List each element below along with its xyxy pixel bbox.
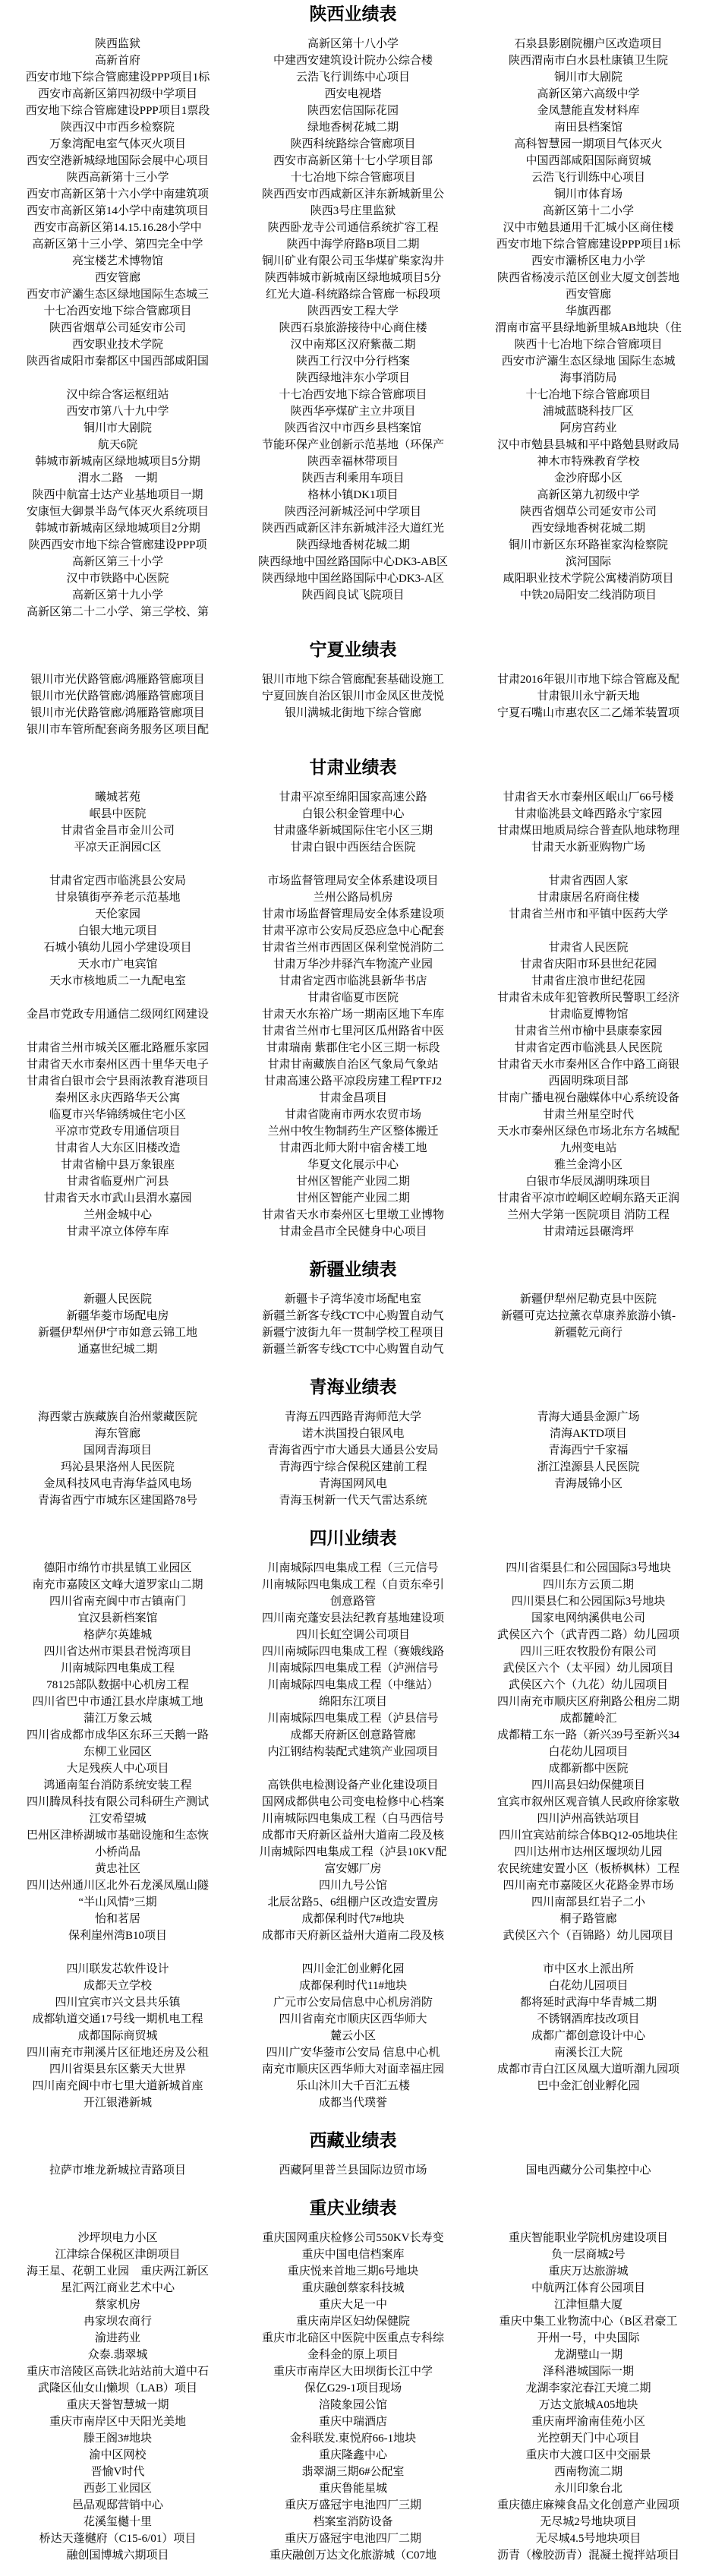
table-row: 金凤科技风电青海华益风电场青海国网风电青海晟锦小区 [0,1476,706,1492]
table-row: 西安市地下综合管廊建设PPP项目1标云浩飞行训练中心项目铜川市大剧院 [0,69,706,86]
section-rows: 新疆人民医院新疆卡子湾华凌市场配电室新疆伊犁州尼勒克县中医院新疆华菱市场配电房新… [0,1291,706,1358]
project-name-cell: 国网成都供电公司变电检修中心档案 [235,1794,471,1810]
project-name-cell: 海事消防局 [471,370,706,387]
project-name-cell: 西南物流二期 [471,2464,706,2480]
table-row: 陕西汉中市西乡检察院绿地香树花城二期南田县档案馆 [0,119,706,136]
project-name-cell: 成都市青白江区凤凰大道听潮九园项 [471,2061,706,2078]
table-row: 四川宜宾市兴文县共乐镇广元市公安局信息中心机房消防都将延时武海中华青城二期 [0,1994,706,2011]
project-name-cell: 石城小镇幼儿园小学建设项目 [0,939,235,956]
table-row: 江津综合保税区津朗项目重庆中国电信档案库负一层商城2号 [0,2246,706,2263]
project-name-cell: 四川高县妇幼保健项目 [471,1777,706,1794]
project-name-cell: 江安希望城 [0,1810,235,1827]
table-row: 陕西监狱高新区第十八小学石泉县影剧院棚户区改造项目 [0,36,706,52]
project-name-cell: 韩城市新城南区绿地城项目5分期 [0,453,235,470]
project-name-cell: 成都当代璞誉 [235,2095,471,2111]
project-name-cell: 铜川市新区东环路崔家沟检察院 [471,537,706,554]
table-row: 陕西绿地沣东小学项目海事消防局 [0,370,706,387]
project-name-cell: 甘州区智能产业园二期 [235,1190,471,1207]
table-row: 拉萨市堆龙新城拉青路项目西藏阿里普兰县国际边贸市场国电西藏分公司集控中心 [0,2162,706,2179]
project-name-cell [0,856,235,873]
project-name-cell: 汉中综合客运枢纽站 [0,387,235,403]
project-name-cell: 四川省成都市成华区东环三天鹅一路 [0,1727,235,1744]
project-name-cell: 四川金汇创业孵化园 [235,1961,471,1978]
project-name-cell: 陕西韩城市新城南区绿地城项目5分 [235,270,471,286]
project-name-cell: 滕王阁3#地块 [0,2430,235,2447]
project-name-cell: 甘肃省兰州市七里河区瓜州路省中医 [235,1023,471,1040]
project-name-cell: 拉萨市堆龙新城拉青路项目 [0,2162,235,2179]
project-name-cell: 桥达天蓬樾府（C15-6/01）项目 [0,2530,235,2547]
project-name-cell: 川南城际四电集成工程（白马西信号 [235,1810,471,1827]
project-name-cell: 宜汉县新档案馆 [0,1610,235,1627]
project-name-cell: 武侯区六个（百锦路）幼儿园项目 [471,1927,706,1944]
project-name-cell: 十七冶西安地下综合管廊项目 [0,303,235,320]
project-name-cell [471,923,706,939]
table-row: 铜川市大剧院陕西省汉中市西乡县档案馆阿房宫药业 [0,420,706,437]
project-name-cell: 成都麓岭汇 [471,1710,706,1727]
section-rows: 银川市光伏路管廊/鸿雁路管廊项目银川市地下综合管廊配套基础设施工甘肃2016年银… [0,671,706,738]
table-row: 曦城茗苑甘肃平凉至绵阳国家高速公路甘肃省天水市秦州区岷山厂66号楼 [0,789,706,806]
project-name-cell: 甘肃瑞南 紫郡住宅小区三期一标段 [235,1040,471,1056]
table-row: 星汇两江商业艺术中心重庆融创蔡家科技城中航两江体育公园项目 [0,2280,706,2297]
project-name-cell: 西安市地下综合管廊建设PPP项目1标 [0,69,235,86]
table-row: 大足残疾人中心项目 成都新都中医院 [0,1760,706,1777]
project-name-cell: 汉中市勉县通用千汇城小区商住楼 [471,219,706,236]
project-name-cell: 西藏阿里普兰县国际边贸市场 [235,2162,471,2179]
table-row: 众泰.翡翠城金科金的原上项目龙湖璧山一期 [0,2347,706,2363]
project-name-cell: 新疆伊犁州尼勒克县中医院 [471,1291,706,1308]
project-name-cell: 渝中区网校 [0,2447,235,2464]
project-name-cell [471,604,706,620]
project-name-cell: 咸阳职业技术学院公寓楼消防项目 [471,570,706,587]
project-name-cell: 高新区第十九小学 [0,587,235,604]
project-name-cell: 新疆兰新客专线CTC中心购置自动气 [235,1341,471,1358]
section: 四川业绩表德阳市绵竹市拱星镇工业园区川南城际四电集成工程（三元信号四川省渠县仁和… [0,1527,706,2111]
project-name-cell: 四川东方云顶二期 [471,1577,706,1593]
project-name-cell: 雅兰金湾小区 [471,1157,706,1173]
project-name-cell: 清海AKTD项目 [471,1425,706,1442]
project-name-cell: 重庆万盛冠宇电池四厂二期 [235,2530,471,2547]
project-name-cell: 新疆伊犁州伊宁市如意云锦工地 [0,1324,235,1341]
project-name-cell: 甘肃康居名府商住楼 [471,889,706,906]
project-name-cell: 龙湖璧山一期 [471,2347,706,2363]
project-name-cell: 无尽城2号地块项目 [471,2514,706,2530]
project-name-cell: 神木市特殊教育学校 [471,453,706,470]
table-row: 秦州区永庆西路华天公寓甘肃金昌项目甘南广播电视台融媒体中心系统设备 [0,1090,706,1106]
table-row: 成都国际商贸城麓云小区成都广都创意设计中心 [0,2028,706,2044]
project-name-cell: 重庆隆鑫中心 [235,2447,471,2464]
table-row: 国网青海项目青海省西宁市大通县大通县公安局青海西宁千家福 [0,1442,706,1459]
table-row: 重庆市涪陵区高铁北站站前大道中石重庆市南岸区大田坝街长江中学泽科港城国际一期 [0,2363,706,2380]
project-name-cell: 保亿G29-1项目现场 [235,2380,471,2397]
project-name-cell: 重庆鲁能星城 [235,2480,471,2497]
table-row: 甘肃省天水市秦州区西十里华天电子甘肃甘南藏族自治区气象局气象站甘肃省天水市秦州区… [0,1056,706,1073]
table-row: 安康恒大御景半岛气体灭火系统项目陕西泾河新城泾河中学项目陕西省烟草公司延安市公司 [0,504,706,520]
project-name-cell: 北辰岔路5、6组棚户区改造安置房 [235,1894,471,1911]
project-name-cell: 通嘉世纪城二期 [0,1341,235,1358]
project-name-cell: 都将延时武海中华青城二期 [471,1994,706,2011]
project-name-cell: 重庆市北碚区中医院中医重点专科综 [235,2330,471,2347]
project-name-cell: 广元市公安局信息中心机房消防 [235,1994,471,2011]
table-row [0,1944,706,1961]
project-name-cell: 高新区第十二小学 [471,203,706,219]
project-name-cell: 阿房宫药业 [471,420,706,437]
project-name-cell: 市中区水上派出所 [471,1961,706,1978]
project-name-cell: 西安地下综合管廊建设PPP项目1票段 [0,103,235,119]
project-name-cell: 西安市高新区第十六小学中南建筑项 [0,186,235,203]
project-name-cell: 新疆人民医院 [0,1291,235,1308]
project-name-cell: 成都保利时代7#地块 [235,1911,471,1927]
project-name-cell: 武隆区仙女山懒坝（LAB）项目 [0,2380,235,2397]
table-row: 武隆区仙女山懒坝（LAB）项目保亿G29-1项目现场龙湖李家沱春江天境二期 [0,2380,706,2397]
project-name-cell: 开江银港新城 [0,2095,235,2111]
project-name-cell: 白银大地元项目 [0,923,235,939]
project-name-cell: 高新区第十八小学 [235,36,471,52]
project-name-cell: 档案室消防设备 [235,2514,471,2530]
table-row: 海西蒙古族藏族自治州蒙藏医院青海五四西路青海师范大学青海大通县金源广场 [0,1409,706,1425]
project-name-cell: 甘肃银川永宁新天地 [471,688,706,705]
table-row: 融创国博城六期项目重庆融创万达文化旅游城（C07地沥青（橡胶沥青）混凝土搅拌站项… [0,2547,706,2564]
project-name-cell: 航天6院 [0,437,235,453]
project-name-cell: 四川省南充阆中市古镇南门 [0,1593,235,1610]
project-name-cell: 四川省巴中市通江县水岸康城工地 [0,1694,235,1710]
project-name-cell: 甘肃平凉至绵阳国家高速公路 [235,789,471,806]
project-name-cell: 陕西泾河新城泾河中学项目 [235,504,471,520]
project-name-cell: 四川三旺农牧股份有限公司 [471,1643,706,1660]
project-name-cell: 甘肃靖远县碾湾坪 [471,1223,706,1240]
project-name-cell: 四川南充蓬安县法纪教育基地建设项 [235,1610,471,1627]
table-row: 兰州金城中心甘肃省天水市秦州区七里墩工业博物兰州大学第一医院项目 消防工程 [0,1207,706,1223]
project-name-cell: 新疆可克达拉薰衣草康养旅游小镇- [471,1308,706,1324]
table-row: 平凉天正润园C区甘肃白银中西医结合医院甘肃天水新亚购物广场 [0,839,706,856]
project-name-cell: 玛沁县果洛州人民医院 [0,1459,235,1476]
project-name-cell: 成都轨道交通17号线一期机电工程 [0,2011,235,2028]
table-row: 西安管廊陕西韩城市新城南区绿地城项目5分陕西省杨凌示范区创业大厦文创荟地 [0,270,706,286]
project-name-cell: 西安市高新区第14.15.16.28小学中 [0,219,235,236]
table-row: 四川省达州市渠县君悦湾项目四川南城际四电集成工程（赛娥线路四川三旺农牧股份有限公… [0,1643,706,1660]
table-row: 通嘉世纪城二期新疆兰新客专线CTC中心购置自动气 [0,1341,706,1358]
project-name-cell: 甘肃兰州星空时代 [471,1106,706,1123]
project-name-cell: 四川南充阆中市七里大道新城首座 [0,2078,235,2095]
table-row: 西安市高新区第十六小学中南建筑项陕西西安市西咸新区沣东新城新里公铜川市体育场 [0,186,706,203]
project-name-cell: 甘肃省兰州市和平镇中医药大学 [471,906,706,923]
project-name-cell: 四川省达州市渠县君悦湾项目 [0,1643,235,1660]
table-row: 渝中区网校重庆隆鑫中心重庆市大渡口区中交丽景 [0,2447,706,2464]
project-name-cell: 甘肃省天水市武山县渭水嘉园 [0,1190,235,1207]
table-row: 高新区第二十二小学、第三学校、第 [0,604,706,620]
project-name-cell: 平凉市党政专用通信项目 [0,1123,235,1140]
project-name-cell: 陕西绿地沣东小学项目 [235,370,471,387]
project-name-cell: 九州变电站 [471,1140,706,1157]
table-row: 甘肃省定西市临洮县公安局市场监督管理局安全体系建设项目甘肃省西固人家 [0,873,706,889]
project-name-cell: 沥青（橡胶沥青）混凝土搅拌站项目 [471,2547,706,2564]
project-name-cell: 十七冶地下综合管廊项目 [471,387,706,403]
project-name-cell: 甘肃省定西市临洮县人民医院 [471,1040,706,1056]
project-name-cell: 桐子路管廊 [471,1911,706,1927]
project-name-cell: 怡和茗居 [0,1911,235,1927]
project-name-cell: 平凉天正润园C区 [0,839,235,856]
project-name-cell: 高新区第九初级中学 [471,487,706,504]
project-name-cell: 国电西藏分公司集控中心 [471,2162,706,2179]
project-name-cell: 成都广都创意设计中心 [471,2028,706,2044]
project-name-cell: 无尽城4.5号地块项目 [471,2530,706,2547]
project-name-cell [0,1023,235,1040]
section-title: 陕西业绩表 [0,3,706,26]
table-row: 高新区第十三小学、第四完全中学陕西中海学府路B项目二期西安市地下综合管廊建设PP… [0,236,706,253]
project-name-cell [0,990,235,1006]
project-name-cell [0,1944,235,1961]
project-name-cell: 西安市地下综合管廊建设PPP项目1标 [471,236,706,253]
project-name-cell: 甘肃省白银市会宁县雨浓教育港项目 [0,1073,235,1090]
project-name-cell: 甘肃高速公路平凉段房建工程PTFJ2 [235,1073,471,1090]
project-name-cell: 陕西省咸阳市秦都区中国西部咸阳国 [0,353,235,370]
project-name-cell: 十七冶地下综合管廊项目 [235,169,471,186]
project-name-cell: 四川达州市达州区堰坝幼儿园 [471,1844,706,1861]
project-name-cell: 西安电视塔 [235,86,471,103]
project-name-cell: 川南城际四电集成工程（中继站） [235,1677,471,1694]
project-name-cell: 甘肃省人民医院 [471,939,706,956]
project-name-cell [471,721,706,738]
section-title: 四川业绩表 [0,1527,706,1550]
table-row: 重庆天誉智慧城一期涪陵象园公馆万达文旅城A05地块 [0,2397,706,2413]
table-row: 沙坪坝电力小区重庆国网重庆检修公司550KV长寿变重庆智能职业学院机房建设项目 [0,2230,706,2246]
project-name-cell: 大足残疾人中心项目 [0,1760,235,1777]
project-name-cell: 甘肃省天水市秦州区岷山厂66号楼 [471,789,706,806]
project-name-cell: 陕西吉利乘用车项目 [235,470,471,487]
project-name-cell: 德阳市绵竹市拱星镇工业园区 [0,1560,235,1577]
project-name-cell: 甘肃省庆阳市环县世纪花园 [471,956,706,973]
table-row: 甘肃省天水市武山县渭水嘉园甘州区智能产业园二期甘肃省平凉市崆峒区崆峒东路天正润 [0,1190,706,1207]
project-name-cell: 西安市高新区第14小学中南建筑项目 [0,203,235,219]
project-name-cell: 成都精工东一路（新兴39号至新兴34 [471,1727,706,1744]
project-name-cell: 甘肃省庄浪市世纪花园 [471,973,706,990]
table-row: 甘肃省人大东区旧楼改造甘肃西北师大附中宿舍楼工地九州变电站 [0,1140,706,1157]
table-row: 蔡家机房重庆大足一中江津恒鼎大厦 [0,2297,706,2313]
table-row: 陕西中航富士达产业基地项目一期格林小镇DK1项目高新区第九初级中学 [0,487,706,504]
project-name-cell [235,721,471,738]
table-row: 渭水二路 一期陕西吉利乘用车项目金沙府邸小区 [0,470,706,487]
project-name-cell: 重庆大足一中 [235,2297,471,2313]
section-title: 新疆业绩表 [0,1258,706,1281]
project-name-cell: 银川市车管所配套商务服务区项目配 [0,721,235,738]
project-name-cell: 甘肃省金昌市金川公司 [0,822,235,839]
project-name-cell: 陕西省汉中市西乡县档案馆 [235,420,471,437]
project-name-cell: 华夏文化展示中心 [235,1157,471,1173]
project-name-cell: 汉中市铁路中心医院 [0,570,235,587]
table-row: 滕王阁3#地块金科联发.東悦府66-1地块光控朝天门中心项目 [0,2430,706,2447]
project-name-cell: 四川联发芯软件设计 [0,1961,235,1978]
project-name-cell: 冉家坝农商行 [0,2313,235,2330]
project-name-cell: 十七冶西安地下综合管廊项目 [235,387,471,403]
table-row: 川南城际四电集成工程川南城际四电集成工程（泸洲信号武侯区六个（太平园）幼儿园项目 [0,1660,706,1677]
project-name-cell: 滨河国际 [471,554,706,570]
project-name-cell: 红光大道-科统路综合管廊一标段项 [235,286,471,303]
project-name-cell [235,1944,471,1961]
project-name-cell: 甘南广播电视台融媒体中心系统设备 [471,1090,706,1106]
project-name-cell: 甘肃省兰州市榆中县康泰家园 [471,1023,706,1040]
table-row: 格萨尔英雄城四川长虹空调公司项目武侯区六个（武青西二路）幼儿园项 [0,1627,706,1643]
project-name-cell: 重庆市大渡口区中交丽景 [471,2447,706,2464]
project-name-cell: 重庆中瑞酒店 [235,2413,471,2430]
project-name-cell: 麓云小区 [235,2028,471,2044]
project-name-cell: 78125部队数据中心机房工程 [0,1677,235,1694]
table-row: 岷县中医院白银公积金管理中心甘肃临洮县文峰西路永宁家园 [0,806,706,822]
project-name-cell: 西安绿地香树花城二期 [471,520,706,537]
project-name-cell: 秦州区永庆西路华天公寓 [0,1090,235,1106]
project-name-cell: 金科金的原上项目 [235,2347,471,2363]
project-name-cell: 四川省渠县东区紫天大世界 [0,2061,235,2078]
project-name-cell: 陕西中海学府路B项目二期 [235,236,471,253]
table-row: 蒲江万象云城川南城际四电集成工程（泸县信号成都麓岭汇 [0,1710,706,1727]
table-row: 重庆市南岸区中天阳光美地重庆中瑞酒店重庆南坪渝南佳苑小区 [0,2413,706,2430]
table-row: 德阳市绵竹市拱星镇工业园区川南城际四电集成工程（三元信号四川省渠县仁和公园国际3… [0,1560,706,1577]
project-name-cell: 泽科港城国际一期 [471,2363,706,2380]
project-name-cell: 银川市地下综合管廊配套基础设施工 [235,671,471,688]
section-title: 宁夏业绩表 [0,639,706,661]
project-name-cell: 四川南充市嘉陵区火花路金界市场 [471,1877,706,1894]
project-name-cell: 陕西宏信国际花园 [235,103,471,119]
project-name-cell: 陕西绿地香树花城二期 [235,537,471,554]
project-name-cell: 西安市浐灞生态区绿地国际生态城三 [0,286,235,303]
project-name-cell: 陕西工行汉中分行档案 [235,353,471,370]
project-name-cell: 陕西中航富士达产业基地项目一期 [0,487,235,504]
table-row: 石城小镇幼儿园小学建设项目甘肃省兰州市西固区保利堂悦消防二甘肃省人民医院 [0,939,706,956]
project-name-cell: 汉中南郑区汉府紫薇二期 [235,336,471,353]
project-name-cell: 青海省西宁市大通县大通县公安局 [235,1442,471,1459]
table-row: 陕西省咸阳市秦都区中国西部咸阳国陕西工行汉中分行档案西安市浐灞生态区绿地 国际生… [0,353,706,370]
project-name-cell: 不锈钢酒库技改项目 [471,2011,706,2028]
project-name-cell: 四川广安华蓥市公安局 信息中心机 [235,2044,471,2061]
project-name-cell: 武侯区六个（九花）幼儿园项目 [471,1677,706,1694]
project-name-cell: 汉中市勉县县城和平中路勉县财政局 [471,437,706,453]
project-name-cell: 蒲江万象云城 [0,1710,235,1727]
project-name-cell: 花溪玺樾十里 [0,2514,235,2530]
table-row: 临夏市兴华锦绣城住宅小区甘肃省陇南市两水农贸市场甘肃兰州星空时代 [0,1106,706,1123]
project-name-cell [235,604,471,620]
project-name-cell: 白花幼儿园项目 [471,1744,706,1760]
project-name-cell: 翡翠湖三期6#公配室 [235,2464,471,2480]
project-name-cell: 重庆南岸区妇幼保健院 [235,2313,471,2330]
project-name-cell: 陕西省杨凌示范区创业大厦文创荟地 [471,270,706,286]
table-row: 西安市高新区第14小学中南建筑项目陕西3号庄里监狱高新区第十二小学 [0,203,706,219]
table-row: 韩城市新城南区绿地城项目2分期陕西西咸新区沣东新城沣泾大道红光西安绿地香树花城二… [0,520,706,537]
table-row: 玛沁县果洛州人民医院青海西宁综合保税区建前工程浙江湟源县人民医院 [0,1459,706,1476]
project-name-cell: 四川宜宾站前综合体BQ12-05地块住 [471,1827,706,1844]
table-row: 西安地下综合管廊建设PPP项目1票段陕西宏信国际花园金凤慧能直发材料库 [0,103,706,119]
table-row: 邑品观邸营销中心重庆万盛冠宇电池四厂三期重庆德庄麻辣食品文化创意产业园项 [0,2497,706,2514]
table-row: 黄忠社区富安娜厂房农民统建安置小区（板桥枫林）工程 [0,1861,706,1877]
table-row: 陕西省烟草公司延安市公司陕西石泉旅游接待中心商住楼渭南市富平县绿地新里城AB地块… [0,320,706,336]
table-row: 新疆人民医院新疆卡子湾华凌市场配电室新疆伊犁州尼勒克县中医院 [0,1291,706,1308]
project-name-cell: 天水市广电宾馆 [0,956,235,973]
project-name-cell: 重庆融创万达文化旅游城（C07地 [235,2547,471,2564]
project-name-cell: 创意路管 [235,1593,471,1610]
project-name-cell: 重庆市南岸区大田坝街长江中学 [235,2363,471,2380]
project-name-cell: 陕西西安工程大学 [235,303,471,320]
project-name-cell: 甘肃平凉立体停车库 [0,1223,235,1240]
project-name-cell: 铜川市大剧院 [0,420,235,437]
project-name-cell: 高新区第十三小学、第四完全中学 [0,236,235,253]
project-name-cell: 甘肃省天水市秦州区西十里华天电子 [0,1056,235,1073]
project-name-cell: 国家电网纳溪供电公司 [471,1610,706,1627]
project-name-cell: 重庆德庄麻辣食品文化创意产业园项 [471,2497,706,2514]
table-row: 新疆伊犁州伊宁市如意云锦工地新疆宁波街九年一贯制学校工程项目新疆乾元商行 [0,1324,706,1341]
project-name-cell: 重庆悦来首地三期6号地块 [235,2263,471,2280]
table-row: 成都天立学校成都保利时代11#地块白花幼儿园项目 [0,1978,706,1994]
project-name-cell: 中铁20局阳安二线消防项目 [471,587,706,604]
section-title: 青海业绩表 [0,1376,706,1399]
project-name-cell: 银川市光伏路管廊/鸿雁路管廊项目 [0,688,235,705]
project-name-cell: 金科联发.東悦府66-1地块 [235,2430,471,2447]
project-name-cell: 甘肃盛华新城国际住宅小区三期 [235,822,471,839]
table-row: 银川市光伏路管廊/鸿雁路管廊项目宁夏回族自治区银川市金凤区世茂悦甘肃银川永宁新天… [0,688,706,705]
table-row: “半山风情”三期北辰岔路5、6组棚户区改造安置房四川南部县红岩子二小 [0,1894,706,1911]
project-name-cell [471,1944,706,1961]
project-name-cell: 青海省西宁市城东区建国路78号 [0,1492,235,1509]
project-name-cell: 龙湖李家沱春江天境二期 [471,2380,706,2397]
project-name-cell: 四川腾凤科技有限公司科研生产测试 [0,1794,235,1810]
table-row: 西安市高新区第14.15.16.28小学中陕西卧龙寺公司通信系统扩容工程汉中市勉… [0,219,706,236]
project-name-cell: 星汇两江商业艺术中心 [0,2280,235,2297]
project-name-cell: 陕西省烟草公司延安市公司 [0,320,235,336]
table-row: 四川省南充阆中市古镇南门创意路管四川渠县仁和公园国际3号地块 [0,1593,706,1610]
project-name-cell: 高科智慧园一期项目气体灭火 [471,136,706,153]
project-name-cell: 白花幼儿园项目 [471,1978,706,1994]
project-name-cell: 江津综合保税区津朗项目 [0,2246,235,2263]
project-name-cell [0,370,235,387]
table-row: 四川省成都市成华区东环三天鹅一路成都天府新区创意路管廊成都精工东一路（新兴39号… [0,1727,706,1744]
project-name-cell: 陕西幸福林带项目 [235,453,471,470]
project-name-cell: 万象湾配电室气体灭火项目 [0,136,235,153]
project-name-cell: 富安娜厂房 [235,1861,471,1877]
table-row: 冉家坝农商行重庆南岸区妇幼保健院重庆中集工业物流中心（B区君豪工 [0,2313,706,2330]
project-name-cell: 晋愉V时代 [0,2464,235,2480]
project-name-cell: 川南城际四电集成工程（泸洲信号 [235,1660,471,1677]
table-row: 汉中市铁路中心医院陕西绿地中国丝路国际中心DK3-A区咸阳职业技术学院公寓楼消防… [0,570,706,587]
table-row: 花溪玺樾十里档案室消防设备无尽城2号地块项目 [0,2514,706,2530]
table-row: 陕西高新第十三小学十七冶地下综合管廊项目云浩飞行训练中心项目 [0,169,706,186]
project-name-cell: 武侯区六个（武青西二路）幼儿园项 [471,1627,706,1643]
project-name-cell: 四川达州通川区北外石龙溪凤凰山隧 [0,1877,235,1894]
project-name-cell: 格萨尔英雄城 [0,1627,235,1643]
project-name-cell: 高新首府 [0,52,235,69]
table-row: 怡和茗居成都保利时代7#地块桐子路管廊 [0,1911,706,1927]
project-name-cell: 宁夏回族自治区银川市金凤区世茂悦 [235,688,471,705]
project-name-cell: 沙坪坝电力小区 [0,2230,235,2246]
project-name-cell: 新疆卡子湾华凌市场配电室 [235,1291,471,1308]
project-name-cell: 青海晟锦小区 [471,1476,706,1492]
project-name-cell: 陕西省烟草公司延安市公司 [471,504,706,520]
table-row: 高新区第十九小学陕西阎良试飞院项目中铁20局阳安二线消防项目 [0,587,706,604]
project-name-cell: 西安市第八十九中学 [0,403,235,420]
project-name-cell: 甘泉镇街亭养老示范基地 [0,889,235,906]
project-name-cell: 西安市高新区第十七小学项目部 [235,153,471,169]
table-row: 巴州区津桥湖城市基础设施和生态恢成都市天府新区益州大道南二段及核四川宜宾站前综合… [0,1827,706,1844]
project-name-cell: 天伦家园 [0,906,235,923]
project-name-cell: 南田县档案馆 [471,119,706,136]
project-name-cell: 甘肃2016年银川市地下综合管廊及配 [471,671,706,688]
project-name-cell: 涪陵象园公馆 [235,2397,471,2413]
project-name-cell: 中建西安建筑设计院办公综合楼 [235,52,471,69]
project-name-cell: 成都市天府新区益州大道南二段及核 [235,1827,471,1844]
project-name-cell: 铜川市体育场 [471,186,706,203]
project-name-cell: 众泰.翡翠城 [0,2347,235,2363]
table-row: 保利崖州湾B10项目成都市天府新区益州大道南二段及核武侯区六个（百锦路）幼儿园项… [0,1927,706,1944]
project-name-cell: 巴中金汇创业孵化园 [471,2078,706,2095]
table-row: 甘泉镇街亭养老示范基地兰州公路局机房甘肃康居名府商住楼 [0,889,706,906]
project-name-cell: 陕西绿地中国丝路国际中心DK3-AB区 [235,554,471,570]
project-name-cell [235,856,471,873]
table-row: 四川南充阆中市七里大道新城首座乐山沐川大千百汇五楼巴中金汇创业孵化园 [0,2078,706,2095]
